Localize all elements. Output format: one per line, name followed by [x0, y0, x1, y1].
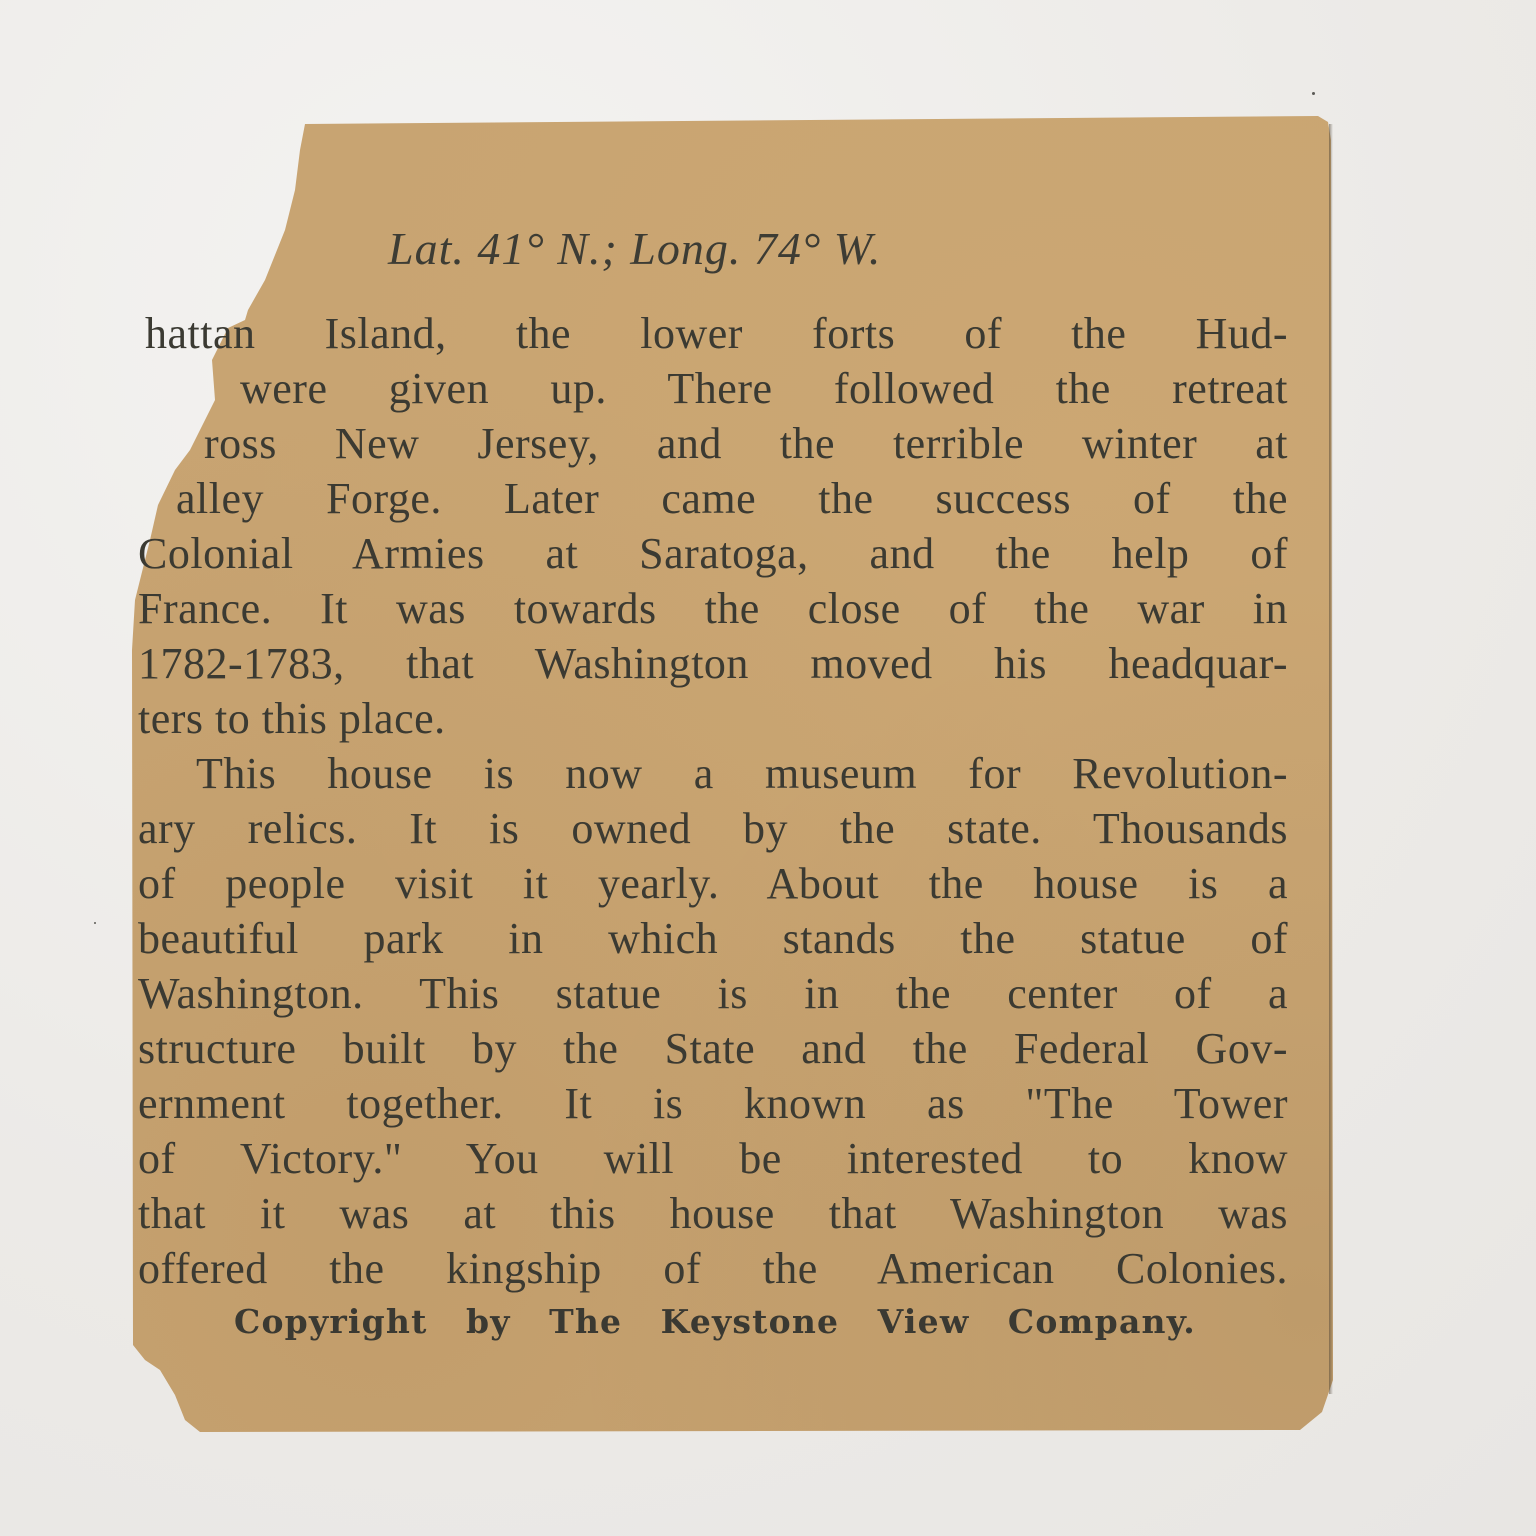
scan-background: Lat. 41° N.; Long. 74° W. hattan Island,…: [0, 0, 1536, 1536]
text-line: France. It was towards the close of the …: [138, 583, 1288, 635]
text-line: ross New Jersey, and the terrible winter…: [204, 418, 1288, 470]
text-line: structure built by the State and the Fed…: [138, 1023, 1288, 1075]
text-line: ters to this place.: [138, 693, 446, 745]
text-line: Washington. This statue is in the center…: [138, 968, 1288, 1020]
text-line: ernment together. It is known as "The To…: [138, 1078, 1288, 1130]
text-line: were given up. There followed the retrea…: [240, 363, 1288, 415]
text-line: hattan Island, the lower forts of the Hu…: [145, 308, 1288, 360]
text-line: ary relics. It is owned by the state. Th…: [138, 803, 1288, 855]
text-line: offered the kingship of the American Col…: [138, 1243, 1288, 1295]
text-line: alley Forge. Later came the success of t…: [176, 473, 1288, 525]
copyright-notice: Copyright by The Keystone View Company.: [234, 1302, 1196, 1341]
card-text: Lat. 41° N.; Long. 74° W. hattan Island,…: [0, 0, 1536, 1536]
text-line: of people visit it yearly. About the hou…: [138, 858, 1288, 910]
text-line: of Victory." You will be interested to k…: [138, 1133, 1288, 1185]
text-line: Colonial Armies at Saratoga, and the hel…: [138, 528, 1288, 580]
text-line: This house is now a museum for Revolutio…: [196, 748, 1288, 800]
coordinates-heading: Lat. 41° N.; Long. 74° W.: [388, 222, 1068, 275]
text-line: 1782-1783, that Washington moved his hea…: [138, 638, 1288, 690]
text-line: beautiful park in which stands the statu…: [138, 913, 1288, 965]
text-line: that it was at this house that Washingto…: [138, 1188, 1288, 1240]
